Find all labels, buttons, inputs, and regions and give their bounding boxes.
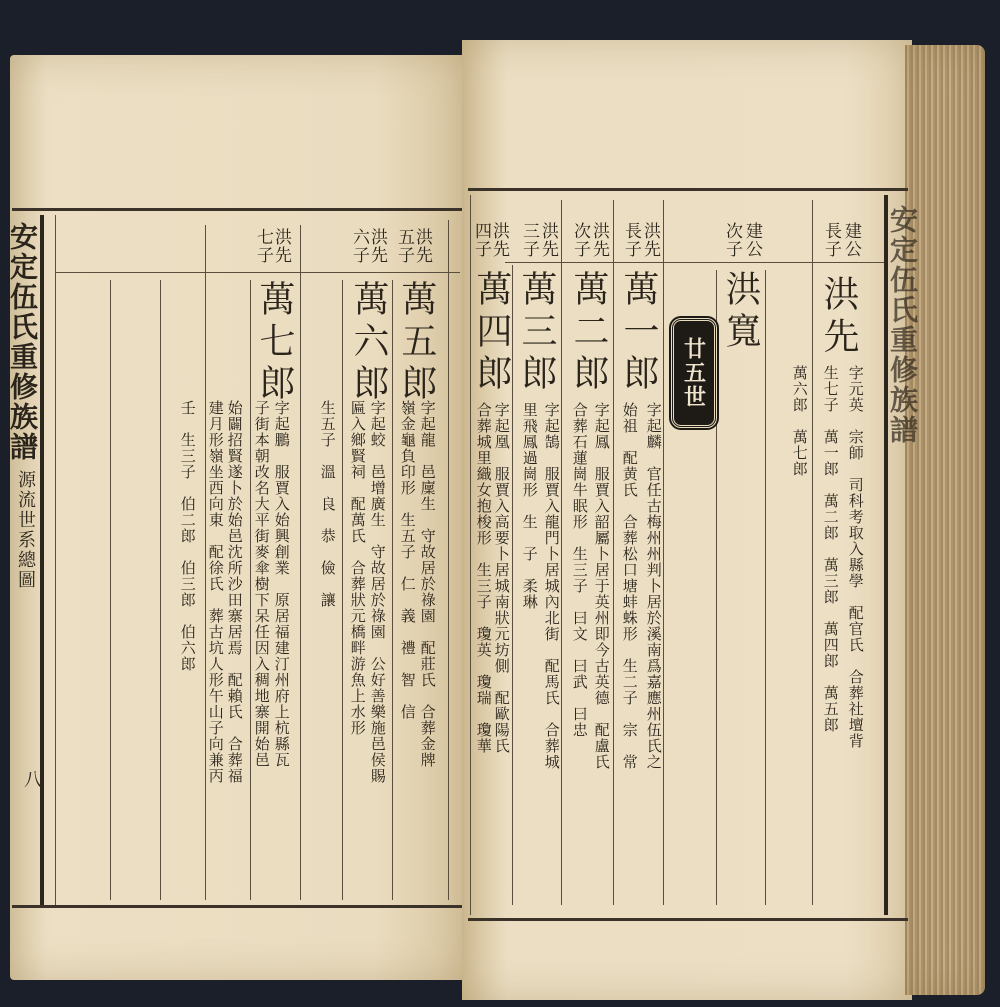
person-notes: 合葬城里織女抱梭形 生三子 瓊英 瓊瑞 瓊華 [474,402,493,902]
entry-header-rank: 七子 [254,228,271,264]
person-notes: 匾入鄉賢祠 配萬氏 合葬狀元橋畔游魚上水形 [348,400,367,900]
entry-header-rank: 四子 [472,222,489,258]
person-name: 萬四郎 [473,270,509,396]
person-name: 洪先 [820,275,856,359]
entry-header: 洪先 [641,222,658,258]
person-name: 萬二郎 [570,270,606,396]
entry-header-rank: 次子 [723,222,740,258]
person-notes: 始闢招賢遂卜於始邑沈所沙田寨居焉 配賴氏 合葬福 [225,400,244,900]
left-column-rule [448,220,449,900]
generation-seal: 廿五世 [671,318,717,428]
left-column-rule [392,280,393,900]
entry-header-rank: 五子 [395,228,412,264]
entry-header-rank: 三子 [520,222,537,258]
person-notes: 萬六郎 萬七郎 [790,365,809,885]
person-notes: 字起蛟 邑增廣生 守故居於祿園 公好善樂施邑侯賜 [368,400,387,900]
person-notes: 字起鳳 服賈入韶屬卜居于英州即今古英德 配盧氏 [592,402,611,902]
person-notes: 字起凰 服賈入高要卜居城南狀元坊側 配歐陽氏 [492,402,511,902]
person-name: 萬五郎 [398,280,434,406]
right-bottom-border [468,918,908,921]
right-spine-title: 安定伍氏重修族譜 [888,205,916,445]
person-notes: 字元英 宗師 司科考取入縣學 配官氏 合葬社壇背 [846,365,865,885]
book-spine-title: 安定伍氏重修族譜 [8,222,36,462]
person-notes: 始祖 配黄氏 合葬松口塘蚌蛛形 生二子 宗 常 [620,402,639,902]
right-top-border [468,188,908,191]
left-spine-rule [40,215,44,905]
person-name: 萬一郎 [620,270,656,396]
right-column-rule [561,200,562,905]
entry-header: 洪先 [368,228,385,264]
right-column-rule [812,200,813,905]
right-column-rule [765,270,766,905]
entry-header: 洪先 [539,222,556,258]
page-edges [905,45,985,995]
person-name: 萬七郎 [256,280,292,406]
person-notes: 嶺金龜負印形 生五子 仁 義 禮 智 信 [398,400,417,900]
right-column-rule [663,200,664,905]
person-notes: 生七子 萬一郎 萬二郎 萬三郎 萬四郎 萬五郎 [821,365,840,885]
left-column-rule [250,280,251,900]
person-notes: 子街本朝改名大平街麥傘樹下呆任因入稠地寨開始邑 [252,400,271,900]
person-notes: 建月形嶺坐西向東 配徐氏 葬古坑人形午山子向兼丙 [206,400,225,900]
person-name: 萬三郎 [518,270,554,396]
person-notes: 字起鵠 服賈入龍門卜居城內北街 配馬氏 合葬城 [542,402,561,902]
person-notes: 字起龍 邑廩生 守故居於祿園 配莊氏 合葬金牌 [418,400,437,900]
left-column-rule [342,280,343,900]
page-number: 八 [22,770,40,788]
entry-header-rank: 次子 [571,222,588,258]
person-notes: 合葬石蓮崗牛眠形 生三子 曰文 曰武 曰忠 [570,402,589,902]
left-column-rule [300,225,301,900]
entry-header-rank: 長子 [822,222,839,258]
entry-header: 洪先 [590,222,607,258]
person-name: 萬六郎 [350,280,386,406]
entry-header: 建公 [743,222,760,258]
person-notes: 生五子 溫 良 恭 儉 讓 [318,400,337,900]
left-top-border [12,208,462,211]
left-column-rule [55,215,56,905]
right-column-rule [512,265,513,905]
person-name: 洪寬 [722,270,758,354]
entry-header-rank: 長子 [622,222,639,258]
entry-header: 建公 [842,222,859,258]
left-column-rule [110,280,111,900]
entry-header: 洪先 [490,222,507,258]
left-column-rule [160,280,161,900]
right-header-rule [505,262,885,263]
person-notes: 里飛鳳過崗形 生 子 柔琳 [520,402,539,902]
left-bottom-border [12,905,462,908]
entry-header-rank: 六子 [350,228,367,264]
section-title: 源流世系總圖 [16,470,34,590]
person-notes: 字起麟 官任古梅州州判卜居於溪南爲嘉應州伍氏之 [644,402,663,902]
person-notes: 字起鵬 服賈入始興創業 原居福建汀州府上杭縣瓦 [272,400,291,900]
left-header-rule [55,272,460,273]
entry-header: 洪先 [272,228,289,264]
right-column-rule [613,200,614,905]
entry-header: 洪先 [413,228,430,264]
person-notes: 壬 生三子 伯二郎 伯三郎 伯六郎 [178,400,197,900]
